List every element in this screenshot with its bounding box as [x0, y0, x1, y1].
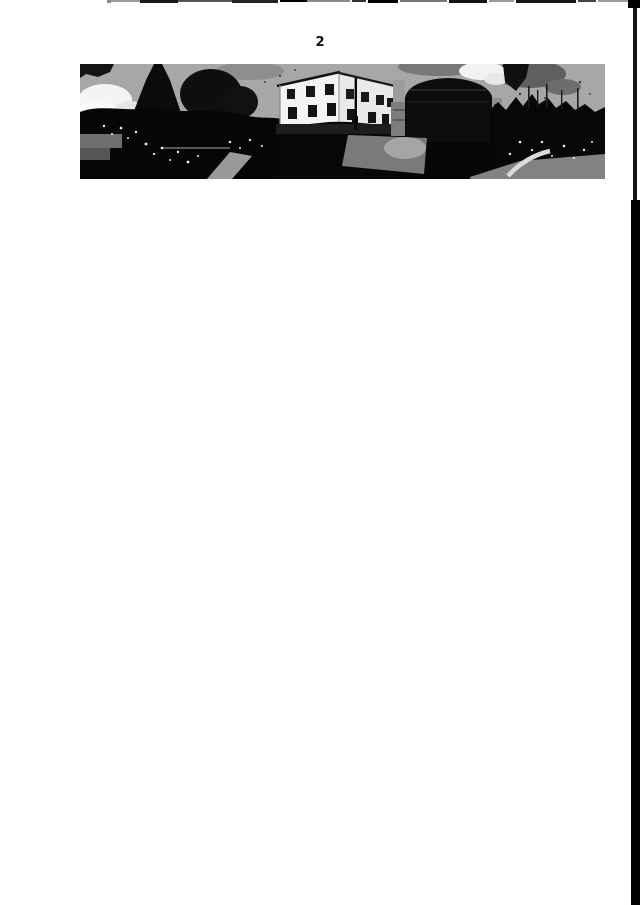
scan-artifact-segment [598, 0, 628, 2]
scan-artifact-segment [400, 0, 447, 2]
scan-artifact-segment [516, 0, 576, 3]
scan-artifact-segment [628, 0, 640, 8]
scan-artifact-segment [178, 0, 232, 2]
scan-artifact-segment [307, 0, 350, 2]
document-page: 2 [0, 0, 640, 905]
scan-artifact-segment [140, 0, 178, 3]
scan-artifact-segment [578, 0, 596, 2]
scan-artifact-segment [280, 0, 307, 2]
scan-artifact-segment [368, 0, 398, 3]
halftone-photo-illustration [80, 64, 605, 179]
scan-artifact-segment [489, 0, 514, 2]
building-photograph [80, 64, 605, 179]
scan-artifact-segment [352, 0, 366, 2]
scan-artifact-segment [631, 200, 640, 905]
page-number: 2 [305, 36, 335, 52]
scan-artifact-segment [633, 8, 637, 200]
scan-artifact-segment [232, 0, 278, 3]
white-house [276, 72, 396, 134]
scan-artifact-segment [449, 0, 487, 3]
scan-artifact-segment [111, 0, 140, 2]
